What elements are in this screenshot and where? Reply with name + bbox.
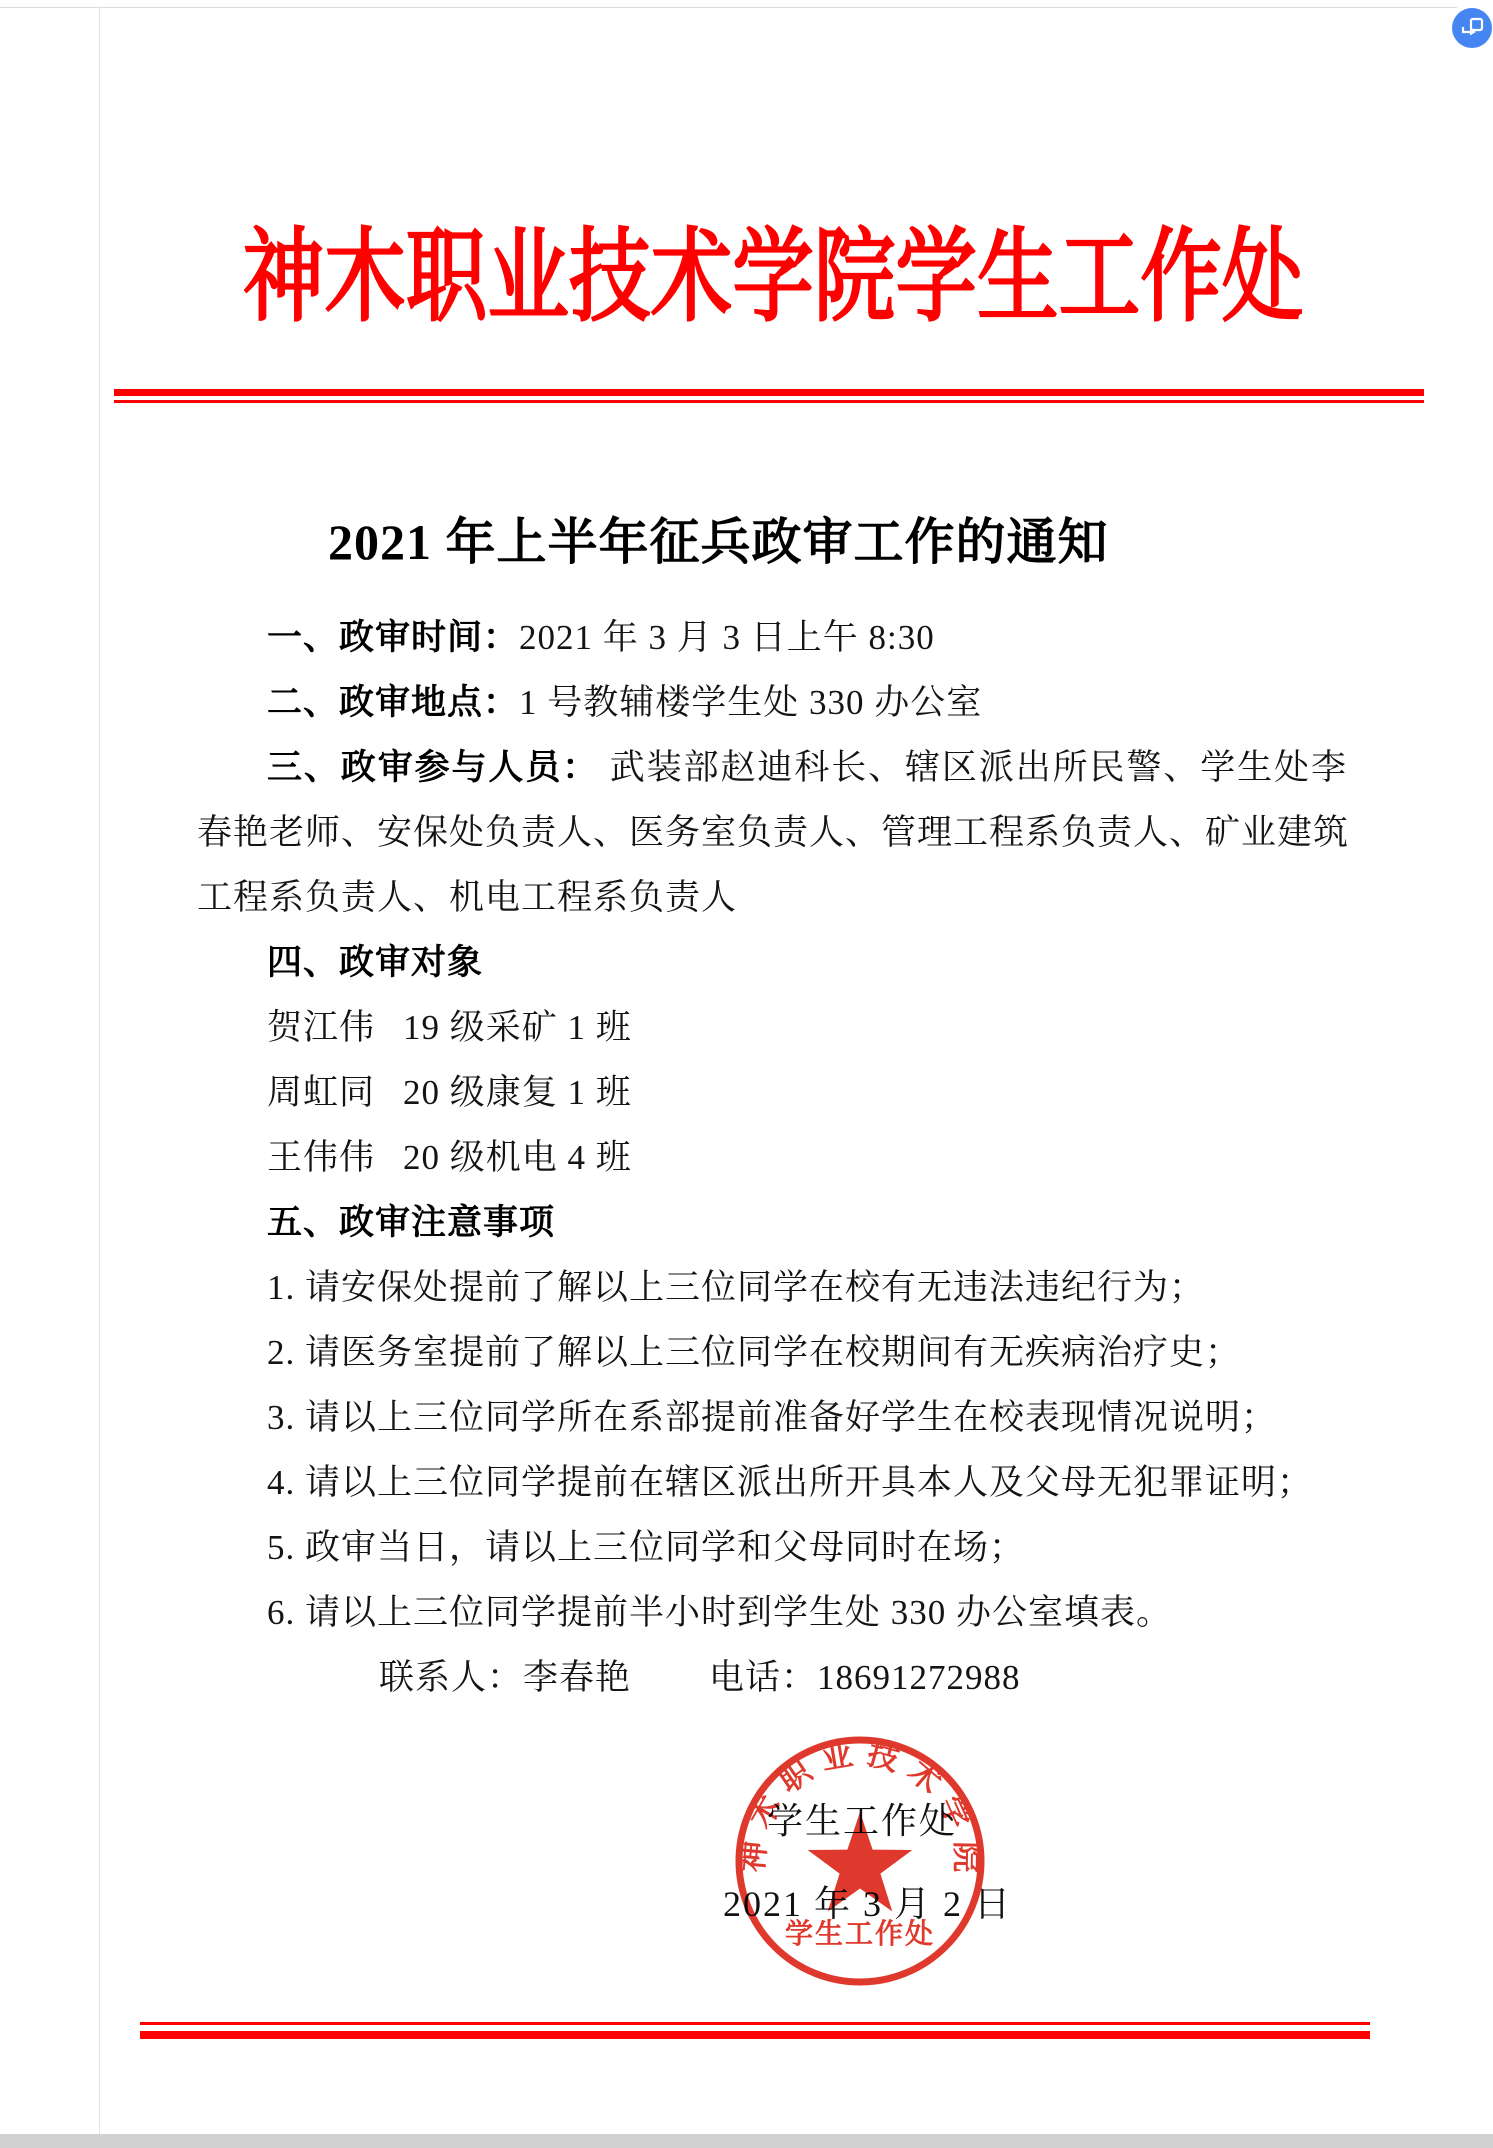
section-notes: 五、政审注意事项 (197, 1190, 1347, 1255)
seal-star-icon (808, 1812, 913, 1912)
note-item: 2. 请医务室提前了解以上三位同学在校期间有无疾病治疗史； (197, 1320, 1347, 1385)
contact-person: 李春艳 (523, 1658, 631, 1697)
note-item: 4. 请以上三位同学提前在辖区派出所开具本人及父母无犯罪证明； (197, 1450, 1347, 1515)
contact-line: 联系人：李春艳电话：18691272988 (197, 1645, 1347, 1710)
student-class: 19 级采矿 1 班 (403, 1008, 632, 1047)
letterhead-title-text: 神木职业技术学院学生工作处 (242, 222, 1303, 336)
page-arrow-glyph (1459, 15, 1485, 41)
viewer-bottom-strip (0, 2134, 1493, 2148)
student-class: 20 级机电 4 班 (403, 1138, 632, 1177)
student-name: 周虹同 (267, 1073, 375, 1112)
section-participants-line2: 春艳老师、安保处负责人、医务室负责人、管理工程系负责人、矿业建筑 (197, 800, 1347, 865)
section-notes-label: 五、政审注意事项 (267, 1203, 555, 1242)
section-participants-line1: 三、政审参与人员： 武装部赵迪科长、辖区派出所民警、学生处李 (197, 735, 1347, 800)
note-item: 3. 请以上三位同学所在系部提前准备好学生在校表现情况说明； (197, 1385, 1347, 1450)
section-participants-line3: 工程系负责人、机电工程系负责人 (197, 865, 1347, 930)
student-row: 贺江伟19 级采矿 1 班 (197, 995, 1347, 1060)
student-row: 王伟伟20 级机电 4 班 (197, 1125, 1347, 1190)
page-edge-top (0, 7, 1457, 8)
section-targets: 四、政审对象 (197, 930, 1347, 995)
section-time-value: 2021 年 3 月 3 日上午 8:30 (519, 618, 935, 657)
section-time-label: 一、政审时间： (267, 618, 519, 657)
section-place-value: 1 号教辅楼学生处 330 办公室 (519, 683, 982, 722)
contact-phone-label: 电话： (709, 1658, 817, 1697)
note-item: 5. 政审当日，请以上三位同学和父母同时在场； (197, 1515, 1347, 1580)
section-participants-text1: 武装部赵迪科长、辖区派出所民警、学生处李 (599, 748, 1347, 787)
seal-bottom-label: 学生工作处 (785, 1918, 935, 1950)
section-participants-label: 三、政审参与人员： (267, 748, 599, 787)
document-page: 神木职业技术学院学生工作处 2021 年上半年征兵政审工作的通知 一、政审时间：… (0, 0, 1493, 2148)
note-item: 1. 请安保处提前了解以上三位同学在校有无违法违纪行为； (197, 1255, 1347, 1320)
official-seal: 神木职业技术学院 学生工作处 (726, 1727, 994, 1995)
footer-rule-thick (140, 2031, 1370, 2039)
letterhead-title: 神木职业技术学院学生工作处 (100, 222, 1445, 336)
section-place-label: 二、政审地点： (267, 683, 519, 722)
student-name: 贺江伟 (267, 1008, 375, 1047)
section-time: 一、政审时间：2021 年 3 月 3 日上午 8:30 (197, 605, 1347, 670)
note-item: 6. 请以上三位同学提前半小时到学生处 330 办公室填表。 (197, 1580, 1347, 1645)
translate-popup-icon[interactable] (1452, 8, 1492, 48)
contact-person-label: 联系人： (379, 1658, 523, 1697)
student-class: 20 级康复 1 班 (403, 1073, 632, 1112)
footer-rule-thin (140, 2022, 1370, 2025)
student-row: 周虹同20 级康复 1 班 (197, 1060, 1347, 1125)
section-targets-label: 四、政审对象 (267, 943, 483, 982)
section-place: 二、政审地点：1 号教辅楼学生处 330 办公室 (197, 670, 1347, 735)
student-name: 王伟伟 (267, 1138, 375, 1177)
contact-phone: 18691272988 (817, 1658, 1021, 1697)
notice-body: 一、政审时间：2021 年 3 月 3 日上午 8:30 二、政审地点：1 号教… (197, 605, 1347, 1710)
letterhead-rule-thin (114, 400, 1424, 403)
letterhead-rule-thick (114, 389, 1424, 396)
notice-title: 2021 年上半年征兵政审工作的通知 (328, 502, 1109, 574)
